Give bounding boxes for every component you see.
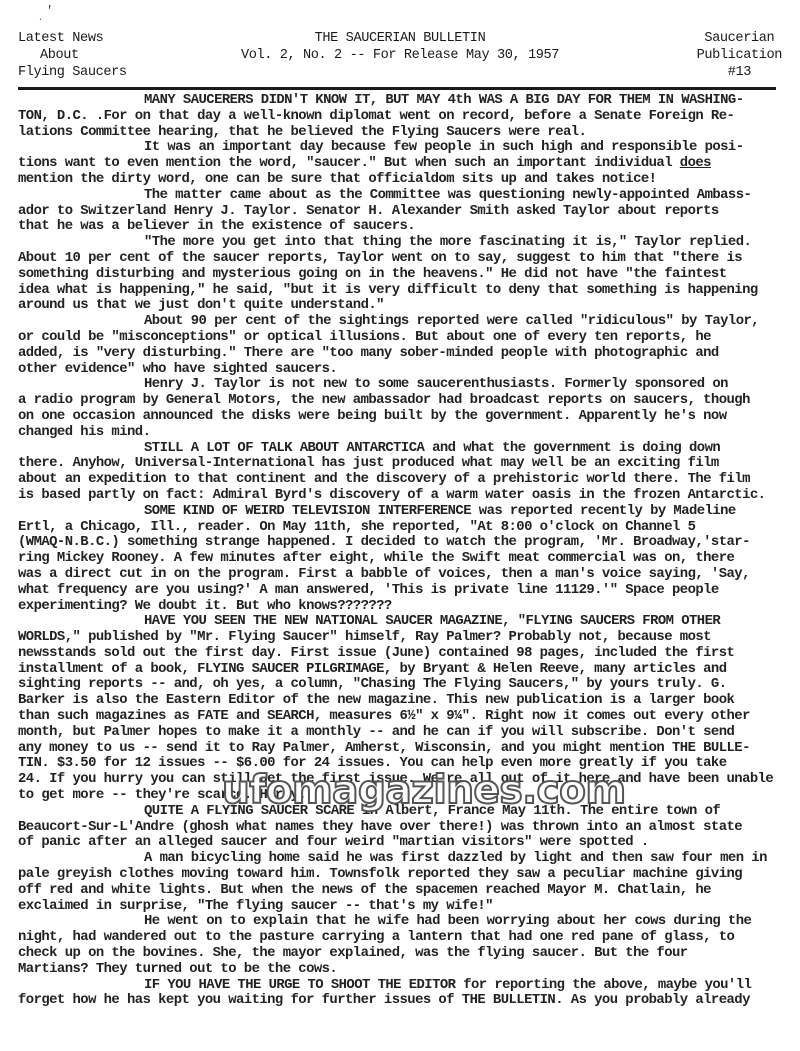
newsletter-page: ' . Latest News About Flying Saucers THE… bbox=[0, 0, 800, 1051]
tagline-line: Flying Saucers bbox=[18, 64, 127, 81]
issue-info: Vol. 2, No. 2 -- For Release May 30, 195… bbox=[0, 47, 800, 64]
ink-speck: ' bbox=[46, 4, 53, 18]
article-paragraph: Henry J. Taylor is not new to some sauce… bbox=[18, 377, 788, 440]
pub-line: #13 bbox=[697, 64, 782, 81]
article-paragraph: STILL A LOT OF TALK ABOUT ANTARCTICA and… bbox=[18, 441, 788, 504]
article-paragraph: "The more you get into that thing the mo… bbox=[18, 235, 788, 314]
ink-speck: . bbox=[38, 14, 43, 23]
article-paragraph: About 90 per cent of the sightings repor… bbox=[18, 314, 788, 377]
article-paragraph: It was an important day because few peop… bbox=[18, 140, 788, 187]
publication-number: Saucerian Publication #13 bbox=[697, 30, 782, 81]
article-paragraph: A man bicycling home said he was first d… bbox=[18, 851, 788, 914]
pub-line: Publication bbox=[697, 47, 782, 64]
emphasis-underline: does bbox=[680, 155, 711, 171]
publication-title: THE SAUCERIAN BULLETIN bbox=[0, 30, 800, 47]
header-divider bbox=[18, 87, 776, 90]
article-paragraph: SOME KIND OF WEIRD TELEVISION INTERFEREN… bbox=[18, 504, 788, 615]
masthead: THE SAUCERIAN BULLETIN Vol. 2, No. 2 -- … bbox=[0, 30, 800, 64]
pub-line: Saucerian bbox=[697, 30, 782, 47]
article-paragraph: The matter came about as the Committee w… bbox=[18, 188, 788, 235]
article-paragraph: MANY SAUCERERS DIDN'T KNOW IT, BUT MAY 4… bbox=[18, 93, 788, 140]
article-paragraph: IF YOU HAVE THE URGE TO SHOOT THE EDITOR… bbox=[18, 978, 788, 1010]
watermark: ufomagazines.com bbox=[222, 771, 626, 811]
article-body: MANY SAUCERERS DIDN'T KNOW IT, BUT MAY 4… bbox=[18, 93, 788, 1009]
article-paragraph: He went on to explain that he wife had b… bbox=[18, 914, 788, 977]
